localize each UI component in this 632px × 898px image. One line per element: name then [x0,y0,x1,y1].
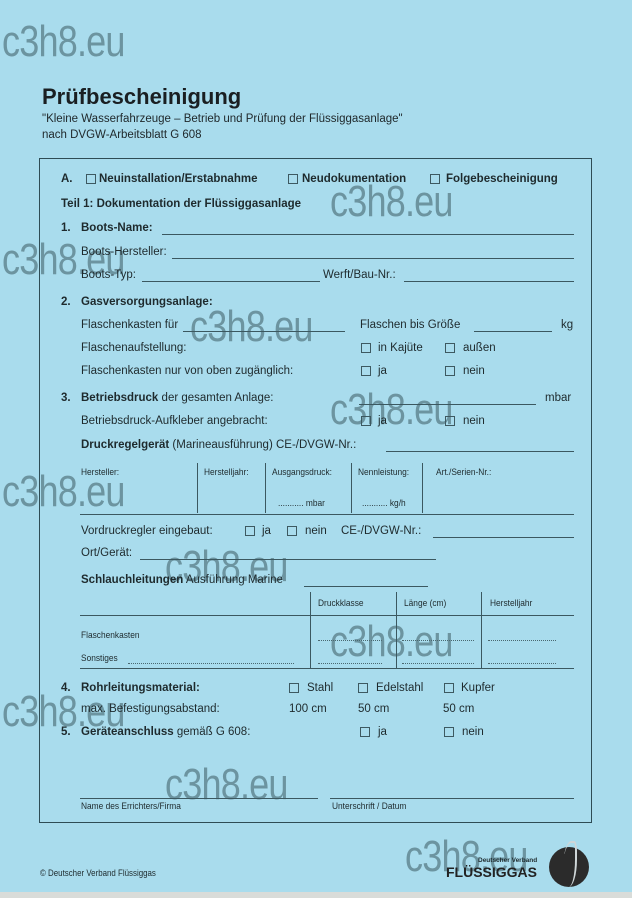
section-1-number: 1. [61,222,71,234]
checkbox-folgebescheinigung[interactable] [430,174,440,184]
col-herstelljahr: Herstelljahr: [204,467,249,478]
schlauch-field[interactable] [304,586,428,587]
abstand-kupfer: 50 cm [443,703,474,715]
kupfer-label: Kupfer [461,682,495,694]
kg-unit: kg [561,319,573,331]
ort-geraet-label: Ort/Gerät: [81,547,132,559]
checkbox-stahl[interactable] [289,683,299,693]
flaschenkasten-laenge-field[interactable] [402,640,474,641]
boots-hersteller-field[interactable] [172,258,574,259]
nennleistung-field[interactable]: ........... kg/h [362,498,406,509]
col-ausgangsdruck: Ausgangsdruck: [272,467,332,478]
flaschen-groesse-field[interactable] [474,331,552,332]
logo-small-text: Deutscher Verband [478,857,537,864]
betriebsdruck-label: Betriebsdruck der gesamten Anlage: [81,392,273,404]
gasversorgung-heading: Gasversorgungsanlage: [81,296,213,308]
schlauch-label: Schlauchleitungen Ausführung Marine [81,574,283,586]
boots-name-label: Boots-Name: [81,222,153,234]
subtitle-standard: nach DVGW-Arbeitsblatt G 608 [42,129,202,141]
checkbox-neuinstallation[interactable] [86,174,96,184]
flame-logo-icon [549,847,589,887]
checkbox-aufkleber-nein[interactable] [445,416,455,426]
boots-typ-field[interactable] [142,281,320,282]
checkbox-oben-nein[interactable] [445,366,455,376]
boots-typ-label: Boots-Typ: [81,269,136,281]
oben-nein-label: nein [463,365,485,377]
logo-text: FLÜSSIGGAS [446,864,537,880]
in-kajuete-label: in Kajüte [378,342,423,354]
table-divider [481,592,482,668]
option-folgebescheinigung: Folgebescheinigung [446,173,558,185]
col-laenge: Länge (cm) [404,598,446,609]
table-divider [351,463,352,513]
ort-geraet-field[interactable] [140,559,436,560]
abstand-edelstahl: 50 cm [358,703,389,715]
row-flaschenkasten: Flaschenkasten [81,630,140,641]
vordruck-label: Vordruckregler eingebaut: [81,525,213,537]
subtitle: "Kleine Wasserfahrzeuge – Betrieb und Pr… [42,113,403,125]
errichter-label: Name des Errichters/Firma [81,801,181,812]
flaschen-bis-label: Flaschen bis Größe [360,319,460,331]
rohrleitung-heading: Rohrleitungsmaterial: [81,682,200,694]
aufkleber-nein-label: nein [463,415,485,427]
anschluss-ja-label: ja [378,726,387,738]
sonstiges-herstelljahr-field[interactable] [488,663,556,664]
errichter-signature-field[interactable] [80,798,318,799]
form-page: c3h8.eu c3h8.eu c3h8.eu c3h8.eu c3h8.eu … [0,0,632,892]
vordruck-nein-label: nein [305,525,327,537]
anschluss-nein-label: nein [462,726,484,738]
copyright: © Deutscher Verband Flüssiggas [40,868,156,878]
checkbox-edelstahl[interactable] [358,683,368,693]
werft-label: Werft/Bau-Nr.: [323,269,396,281]
section-a-label: A. [61,173,73,185]
watermark: c3h8.eu [2,20,125,64]
hose-header-rule [80,615,574,616]
teil1-heading: Teil 1: Dokumentation der Flüssiggasanla… [61,198,301,210]
boots-name-field[interactable] [162,234,574,235]
unterschrift-field[interactable] [330,798,574,799]
vordruck-ce-label: CE-/DVGW-Nr.: [341,525,421,537]
stahl-label: Stahl [307,682,333,694]
col-nennleistung: Nennleistung: [358,467,409,478]
edelstahl-label: Edelstahl [376,682,423,694]
sonstiges-name-field[interactable] [128,663,294,664]
checkbox-aussen[interactable] [445,343,455,353]
betriebsdruck-field[interactable] [359,404,536,405]
row-sonstiges: Sonstiges [81,653,118,664]
flaschenkasten-herstelljahr-field[interactable] [488,640,556,641]
section-3-number: 3. [61,392,71,404]
checkbox-anschluss-nein[interactable] [444,727,454,737]
col-herstelljahr-hose: Herstelljahr [490,598,532,609]
table-bottom-rule [80,514,574,515]
table-divider [422,463,423,513]
ausgangsdruck-field[interactable]: ........... mbar [278,498,325,509]
flaschenkasten-druckklasse-field[interactable] [318,640,382,641]
option-neudokumentation: Neudokumentation [302,173,406,185]
druckregler-label: Druckregelgerät (Marineausführung) CE-/D… [81,439,356,451]
abstand-label: max. Befestigungsabstand: [81,703,220,715]
vordruck-ja-label: ja [262,525,271,537]
aufkleber-label: Betriebsdruck-Aufkleber angebracht: [81,415,268,427]
checkbox-kupfer[interactable] [444,683,454,693]
table-divider [265,463,266,513]
col-druckklasse: Druckklasse [318,598,364,609]
section-2-number: 2. [61,296,71,308]
druckregler-ce-field[interactable] [386,451,574,452]
sonstiges-druckklasse-field[interactable] [318,663,382,664]
checkbox-in-kajuete[interactable] [361,343,371,353]
unterschrift-label: Unterschrift / Datum [332,801,406,812]
geraeteanschluss-label: Geräteanschluss gemäß G 608: [81,726,250,738]
checkbox-neudokumentation[interactable] [288,174,298,184]
oben-ja-label: ja [378,365,387,377]
col-serien-nr: Art./Serien-Nr.: [436,467,491,478]
checkbox-vordruck-nein[interactable] [287,526,297,536]
table-divider [396,592,397,668]
werft-field[interactable] [404,281,574,282]
checkbox-anschluss-ja[interactable] [360,727,370,737]
mbar-unit: mbar [545,392,571,404]
table-divider [310,592,311,668]
nur-oben-label: Flaschenkasten nur von oben zugänglich: [81,365,293,377]
table-divider [197,463,198,513]
page-title: Prüfbescheinigung [42,84,241,110]
flaschenkasten-fuer-label: Flaschenkasten für [81,319,178,331]
flaschenkasten-anzahl-field[interactable] [183,331,345,332]
option-neuinstallation: Neuinstallation/Erstabnahme [99,173,257,185]
checkbox-vordruck-ja[interactable] [245,526,255,536]
aufkleber-ja-label: ja [378,415,387,427]
abstand-stahl: 100 cm [289,703,327,715]
boots-hersteller-label: Boots-Hersteller: [81,246,167,258]
vordruck-ce-field[interactable] [433,537,574,538]
checkbox-oben-ja[interactable] [361,366,371,376]
hose-bottom-rule [80,668,574,669]
sonstiges-laenge-field[interactable] [402,663,474,664]
col-hersteller: Hersteller: [81,467,119,478]
aufstellung-label: Flaschenaufstellung: [81,342,186,354]
aussen-label: außen [463,342,496,354]
section-5-number: 5. [61,726,71,738]
checkbox-aufkleber-ja[interactable] [361,416,371,426]
section-4-number: 4. [61,682,71,694]
